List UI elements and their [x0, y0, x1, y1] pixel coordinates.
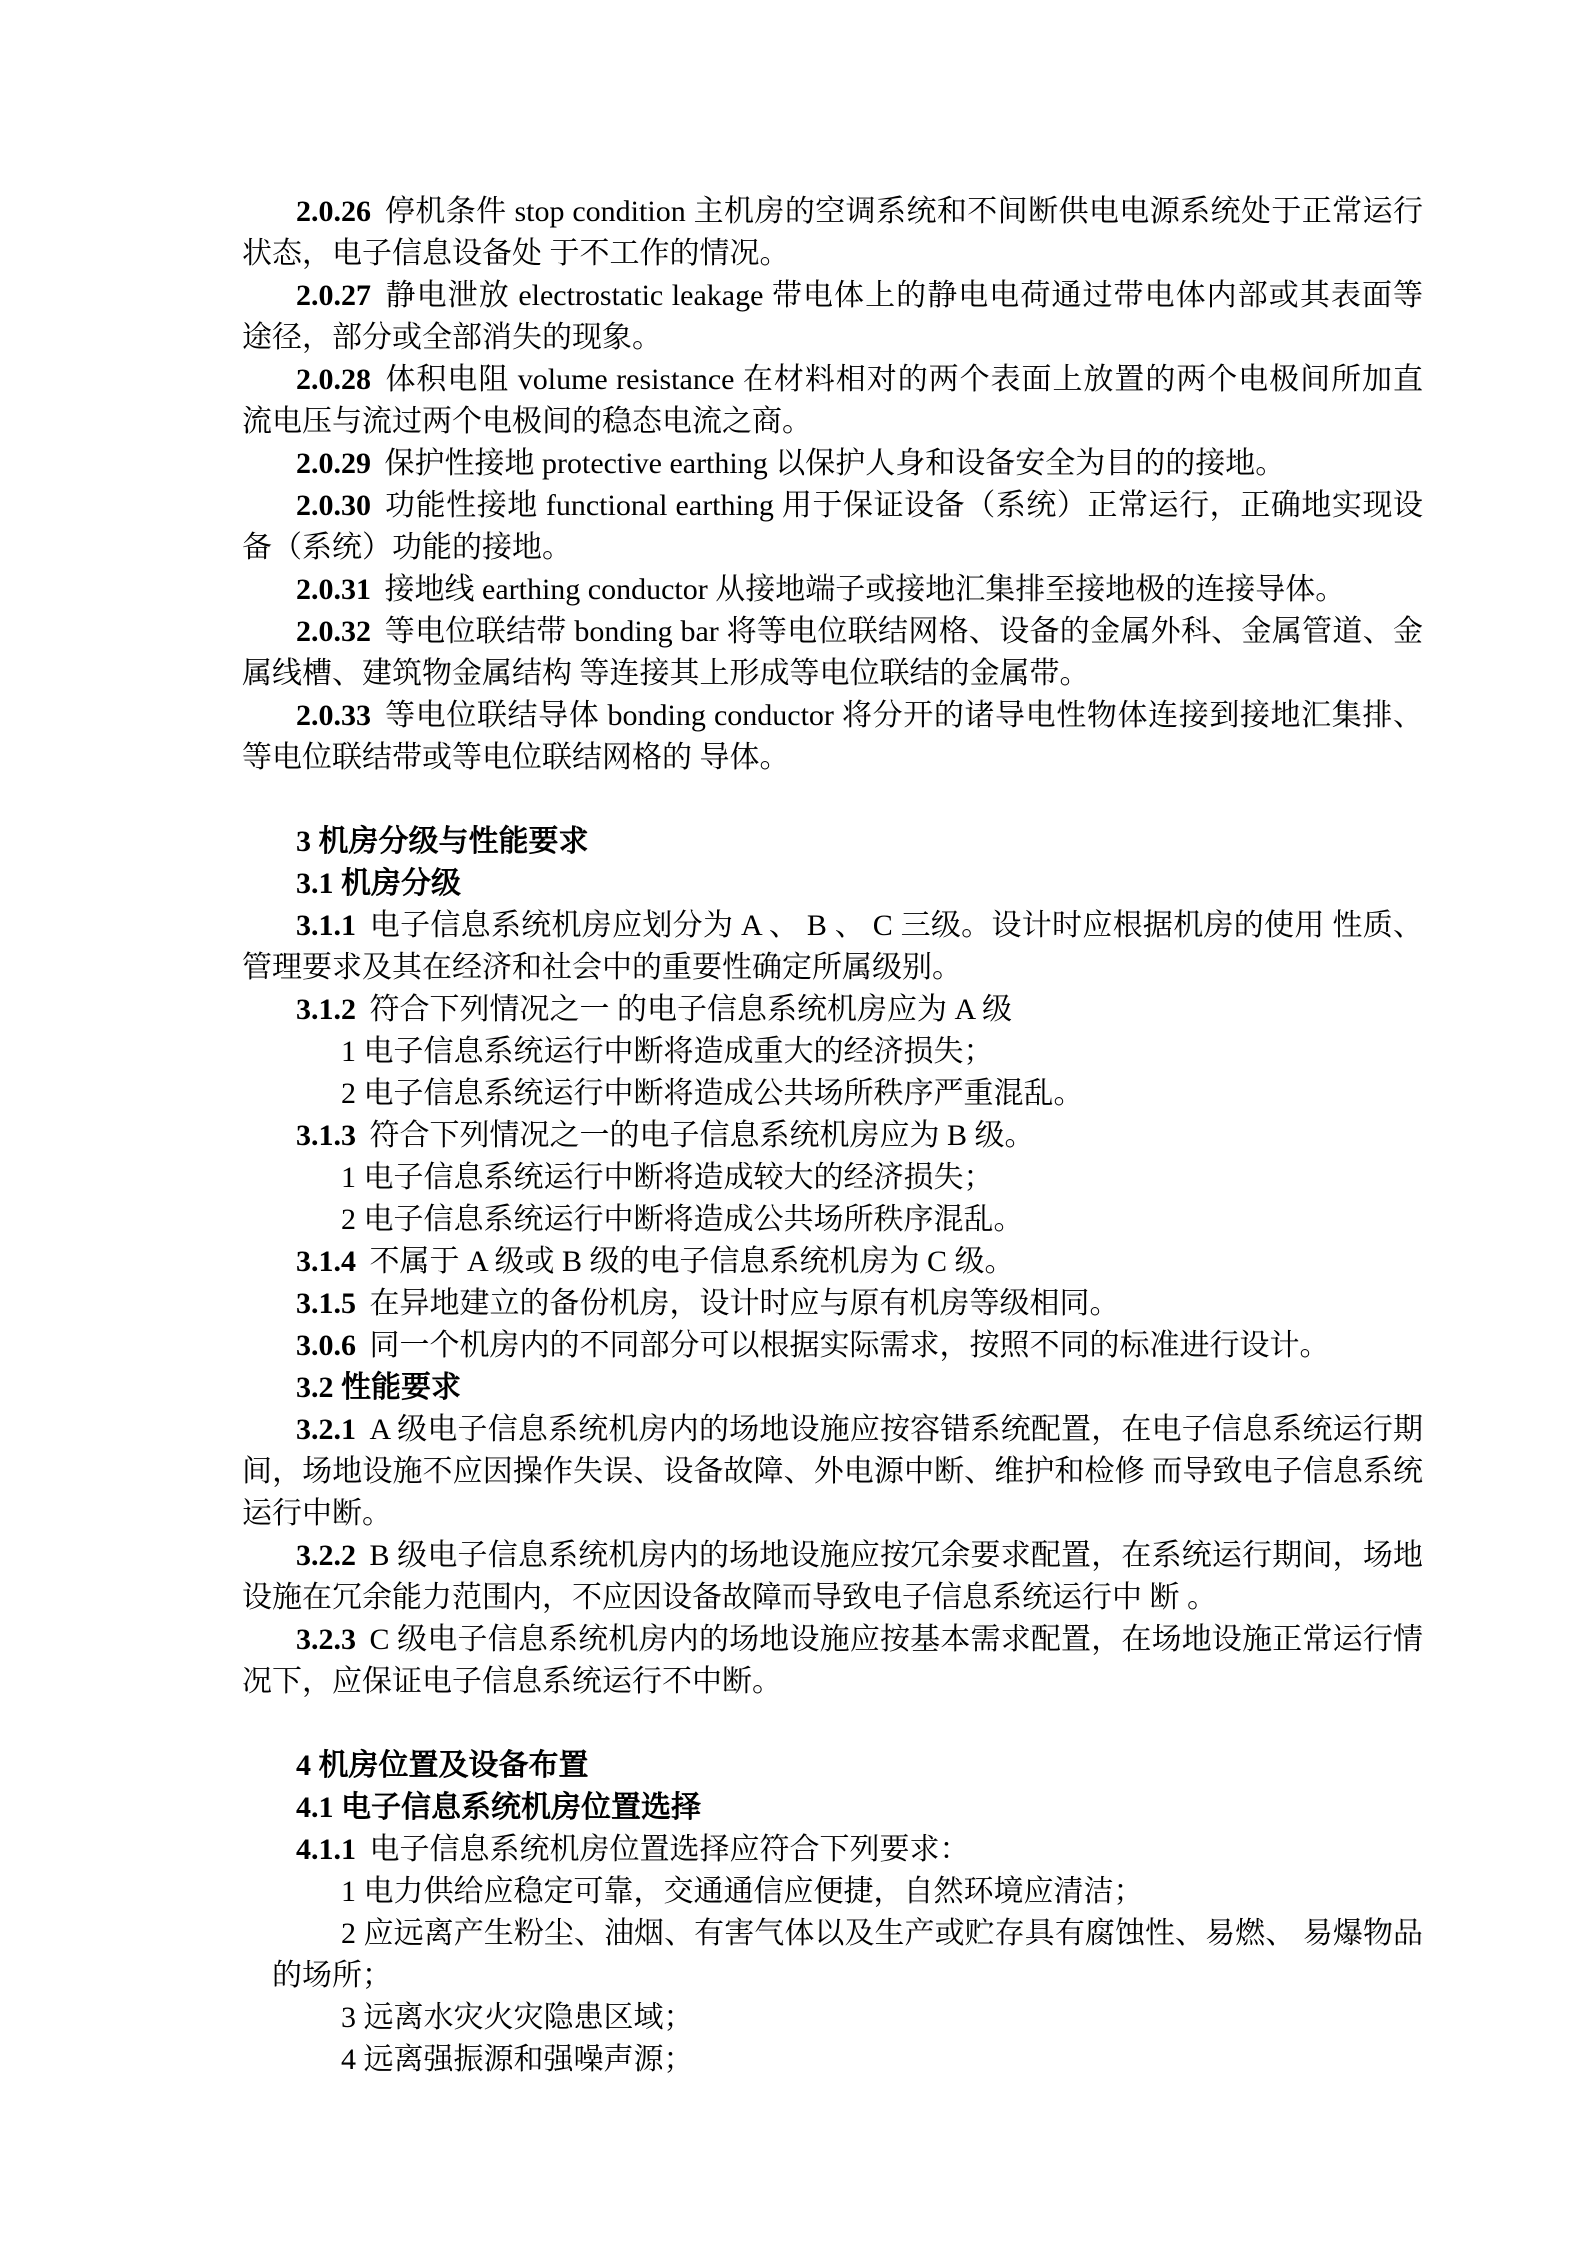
clause-number: 2.0.28 [296, 363, 371, 396]
term-paragraph: 2.0.30功能性接地 functional earthing 用于保证设备（系… [242, 485, 1423, 569]
clause-text: 电子信息系统机房位置选择应符合下列要求： [370, 1833, 970, 1866]
term-paragraph: 3.1.5在异地建立的备份机房，设计时应与原有机房等级相同。 [242, 1283, 1423, 1325]
section-heading: 4 机房位置及设备布置 [242, 1745, 1423, 1787]
document-page: 2.0.26停机条件 stop condition 主机房的空调系统和不间断供电… [0, 0, 1586, 2244]
clause-number: 2.0.31 [296, 573, 371, 606]
clause-number: 2.0.33 [296, 699, 371, 732]
clause-text: 保护性接地 protective earthing 以保护人身和设备安全为目的的… [385, 447, 1286, 480]
term-paragraph: 2.0.33等电位联结导体 bonding conductor 将分开的诸导电性… [242, 695, 1423, 779]
term-paragraph: 3.2.2B 级电子信息系统机房内的场地设施应按冗余要求配置，在系统运行期间，场… [242, 1535, 1423, 1619]
clause-text: B 级电子信息系统机房内的场地设施应按冗余要求配置，在系统运行期间，场地设施在冗… [242, 1539, 1423, 1614]
clause-text: 接地线 earthing conductor 从接地端子或接地汇集排至接地极的连… [385, 573, 1346, 606]
term-paragraph: 2.0.32等电位联结带 bonding bar 将等电位联结网格、设备的金属外… [242, 611, 1423, 695]
term-paragraph: 2.0.26停机条件 stop condition 主机房的空调系统和不间断供电… [242, 191, 1423, 275]
list-item: 2 应远离产生粉尘、油烟、有害气体以及生产或贮存具有腐蚀性、易燃、 易爆物品的场… [242, 1913, 1423, 1997]
clause-number: 3.1.2 [296, 993, 356, 1026]
clause-number: 3.1.1 [296, 909, 356, 942]
clause-number: 3.1.4 [296, 1245, 356, 1278]
section-heading: 4.1 电子信息系统机房位置选择 [242, 1787, 1423, 1829]
clause-number: 2.0.32 [296, 615, 371, 648]
clause-text: 不属于 A 级或 B 级的电子信息系统机房为 C 级。 [370, 1245, 1015, 1278]
term-paragraph: 3.1.2符合下列情况之一 的电子信息系统机房应为 A 级 [242, 989, 1423, 1031]
term-paragraph: 2.0.31接地线 earthing conductor 从接地端子或接地汇集排… [242, 569, 1423, 611]
clause-number: 2.0.27 [296, 279, 371, 312]
clause-number: 3.2.2 [296, 1539, 356, 1572]
clause-number: 3.2.1 [296, 1413, 356, 1446]
section-heading: 3.1 机房分级 [242, 863, 1423, 905]
clause-text: A 级电子信息系统机房内的场地设施应按容错系统配置，在电子信息系统运行期间，场地… [242, 1413, 1423, 1530]
term-paragraph: 3.1.1电子信息系统机房应划分为 A 、 B 、 C 三级。设计时应根据机房的… [242, 905, 1423, 989]
clause-text: C 级电子信息系统机房内的场地设施应按基本需求配置，在场地设施正常运行情况下，应… [242, 1623, 1423, 1698]
clause-number: 3.1.5 [296, 1287, 356, 1320]
clause-number: 4.1.1 [296, 1833, 356, 1866]
clause-text: 等电位联结带 bonding bar 将等电位联结网格、设备的金属外科、金属管道… [242, 615, 1423, 690]
clause-text: 功能性接地 functional earthing 用于保证设备（系统）正常运行… [242, 489, 1423, 564]
clause-text: 静电泄放 electrostatic leakage 带电体上的静电电荷通过带电… [242, 279, 1423, 354]
clause-number: 3.0.6 [296, 1329, 356, 1362]
term-paragraph: 3.2.1A 级电子信息系统机房内的场地设施应按容错系统配置，在电子信息系统运行… [242, 1409, 1423, 1535]
term-paragraph: 3.1.3符合下列情况之一的电子信息系统机房应为 B 级。 [242, 1115, 1423, 1157]
list-item: 2 电子信息系统运行中断将造成公共场所秩序混乱。 [242, 1199, 1423, 1241]
term-paragraph: 2.0.28体积电阻 volume resistance 在材料相对的两个表面上… [242, 359, 1423, 443]
clause-text: 电子信息系统机房应划分为 A 、 B 、 C 三级。设计时应根据机房的使用 性质… [242, 909, 1423, 984]
clause-number: 3.1.3 [296, 1119, 356, 1152]
list-item: 1 电子信息系统运行中断将造成较大的经济损失； [242, 1157, 1423, 1199]
term-paragraph: 2.0.27静电泄放 electrostatic leakage 带电体上的静电… [242, 275, 1423, 359]
term-paragraph: 3.0.6同一个机房内的不同部分可以根据实际需求，按照不同的标准进行设计。 [242, 1325, 1423, 1367]
section-heading: 3.2 性能要求 [242, 1367, 1423, 1409]
clause-number: 2.0.29 [296, 447, 371, 480]
term-paragraph: 4.1.1电子信息系统机房位置选择应符合下列要求： [242, 1829, 1423, 1871]
clause-number: 3.2.3 [296, 1623, 356, 1656]
term-paragraph: 2.0.29保护性接地 protective earthing 以保护人身和设备… [242, 443, 1423, 485]
list-item: 4 远离强振源和强噪声源； [242, 2039, 1423, 2081]
clause-text: 在异地建立的备份机房，设计时应与原有机房等级相同。 [370, 1287, 1120, 1320]
clause-text: 体积电阻 volume resistance 在材料相对的两个表面上放置的两个电… [242, 363, 1423, 438]
clause-text: 符合下列情况之一 的电子信息系统机房应为 A 级 [370, 993, 1013, 1026]
clause-number: 2.0.26 [296, 195, 371, 228]
clause-text: 停机条件 stop condition 主机房的空调系统和不间断供电电源系统处于… [242, 195, 1423, 270]
document-content: 2.0.26停机条件 stop condition 主机房的空调系统和不间断供电… [242, 191, 1423, 2081]
clause-text: 等电位联结导体 bonding conductor 将分开的诸导电性物体连接到接… [242, 699, 1423, 774]
term-paragraph: 3.1.4不属于 A 级或 B 级的电子信息系统机房为 C 级。 [242, 1241, 1423, 1283]
clause-text: 同一个机房内的不同部分可以根据实际需求，按照不同的标准进行设计。 [370, 1329, 1330, 1362]
section-heading: 3 机房分级与性能要求 [242, 821, 1423, 863]
clause-number: 2.0.30 [296, 489, 371, 522]
clause-text: 符合下列情况之一的电子信息系统机房应为 B 级。 [370, 1119, 1035, 1152]
list-item: 3 远离水灾火灾隐患区域； [242, 1997, 1423, 2039]
list-item: 1 电力供给应稳定可靠，交通通信应便捷，自然环境应清洁； [242, 1871, 1423, 1913]
term-paragraph: 3.2.3C 级电子信息系统机房内的场地设施应按基本需求配置，在场地设施正常运行… [242, 1619, 1423, 1703]
list-item: 1 电子信息系统运行中断将造成重大的经济损失； [242, 1031, 1423, 1073]
list-item: 2 电子信息系统运行中断将造成公共场所秩序严重混乱。 [242, 1073, 1423, 1115]
